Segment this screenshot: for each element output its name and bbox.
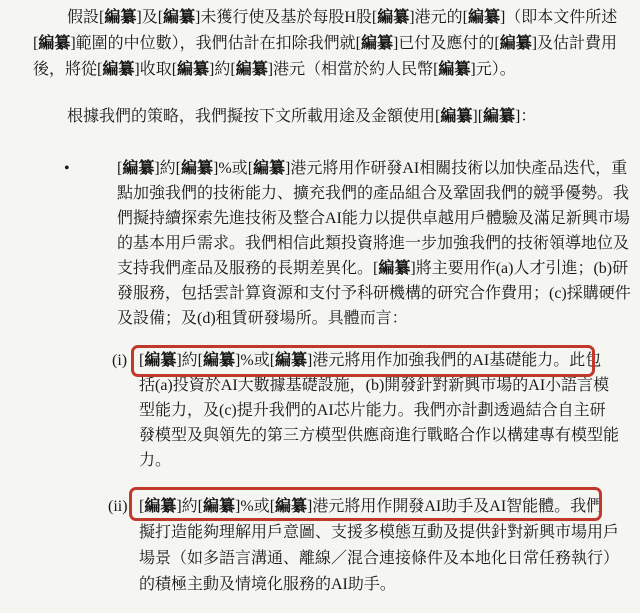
item-i-ai-foundation: [編纂]約[編纂]%或[編纂]港元將用作加強我們的AI基礎能力。此包 括(a)投… — [139, 348, 637, 473]
text-line: 及設備；及(d)租賃研發場所。具體而言： — [117, 306, 637, 331]
text-line: [編纂]約[編纂]%或[編纂]港元將用作開發AI助手及AI智能體。我們 — [139, 494, 637, 520]
prospectus-page: 假設[編纂]及[編纂]未獲行使及基於每股H股[編纂]港元的[編纂]（即本文件所述… — [0, 0, 640, 613]
text-line: 場景（如多語言溝通、離線／混合連接條件及本地化日常任務執行） — [139, 546, 637, 572]
paragraph-strategy-intro: 根據我們的策略，我們擬按下文所載用途及金額使用[編纂][編纂]： — [33, 104, 637, 130]
text-line: 力。 — [139, 448, 637, 473]
bullet-rd-paragraph: [編纂]約[編纂]%或[編纂]港元將用作研發AI相關技術以加快產品迭代，重 點加… — [117, 156, 637, 331]
text-line: [編纂]範圍的中位數），我們估計在扣除我們就[編纂]已付及應付的[編纂]及估計費… — [33, 31, 637, 57]
text-line: [編纂]約[編纂]%或[編纂]港元將用作研發AI相關技術以加快產品迭代，重 — [117, 156, 637, 181]
item-ii-label: (ii) — [108, 494, 128, 519]
text-line: 發模型及與領先的第三方模型供應商進行戰略合作以構建專有模型能 — [139, 423, 637, 448]
text-line: 根據我們的策略，我們擬按下文所載用途及金額使用[編纂][編纂]： — [33, 104, 637, 130]
text-line: 點加強我們的技術能力、擴充我們的產品組合及鞏固我們的競爭優勢。我 — [117, 181, 637, 206]
text-line: 型能力，及(c)提升我們的AI芯片能力。我們亦計劃透過結合自主研 — [139, 398, 637, 423]
text-line: 擬打造能夠理解用戶意圖、支援多模態互動及提供針對新興市場用戶 — [139, 520, 637, 546]
text-line: 假設[編纂]及[編纂]未獲行使及基於每股H股[編纂]港元的[編纂]（即本文件所述 — [33, 5, 637, 31]
bullet-marker: • — [64, 156, 70, 181]
paragraph-assumption: 假設[編纂]及[編纂]未獲行使及基於每股H股[編纂]港元的[編纂]（即本文件所述… — [33, 5, 637, 83]
item-i-label: (i) — [112, 348, 127, 373]
text-line: 們擬持續探索先進技術及整合AI能力以提供卓越用戶體驗及滿足新興市場 — [117, 206, 637, 231]
text-line: 後，將從[編纂]收取[編纂]約[編纂]港元（相當於約人民幣[編纂]元）。 — [33, 57, 637, 83]
text-line: 支持我們產品及服務的長期差異化。[編纂]將主要用作(a)人才引進；(b)研 — [117, 256, 637, 281]
text-line: 的積極主動及情境化服務的AI助手。 — [139, 572, 637, 598]
text-line: 括(a)投資於AI大數據基礎設施，(b)開發針對新興市場的AI小語言模 — [139, 373, 637, 398]
text-line: 的基本用戶需求。我們相信此類投資將進一步加強我們的技術領導地位及 — [117, 231, 637, 256]
text-line: 發服務，包括雲計算資源和支付予科研機構的研究合作費用；(c)採購硬件 — [117, 281, 637, 306]
item-ii-ai-assistant: [編纂]約[編纂]%或[編纂]港元將用作開發AI助手及AI智能體。我們 擬打造能… — [139, 494, 637, 598]
text-line: [編纂]約[編纂]%或[編纂]港元將用作加強我們的AI基礎能力。此包 — [139, 348, 637, 373]
